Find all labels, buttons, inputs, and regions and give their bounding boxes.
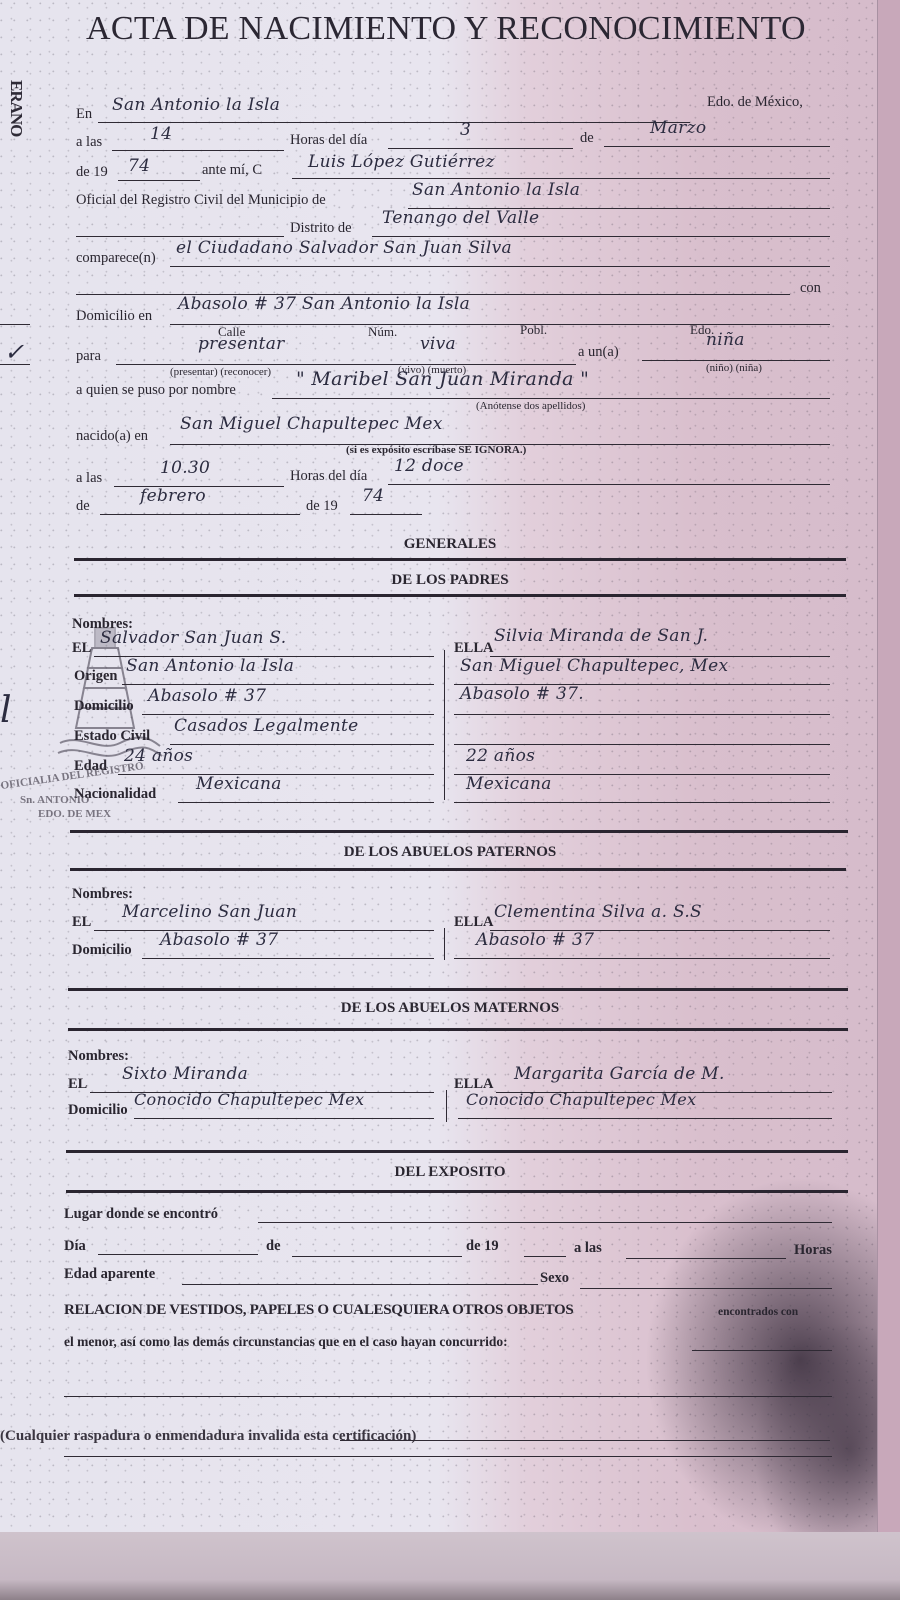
a-las-label: a las bbox=[76, 134, 102, 151]
exposito-horas-label: Horas bbox=[794, 1242, 832, 1259]
padres-domicilio-label: Domicilio bbox=[74, 698, 134, 715]
de-label: de bbox=[580, 130, 594, 147]
domicilio-value: Abasolo # 37 San Antonio la Isla bbox=[178, 294, 470, 314]
madre-origen-value: San Miguel Chapultepec, Mex bbox=[460, 656, 728, 676]
hora-nacimiento-value: 10.30 bbox=[160, 458, 210, 478]
abuelo-paterno-el-label: EL bbox=[72, 914, 91, 931]
padre-nombre-value: Salvador San Juan S. bbox=[100, 628, 286, 648]
madre-edad-value: 22 años bbox=[466, 746, 535, 766]
ante-mi-label: ante mí, C bbox=[202, 162, 262, 179]
exposito-sexo-line bbox=[580, 1288, 832, 1289]
domicilio-line bbox=[170, 324, 830, 325]
hora-registro-value: 14 bbox=[150, 124, 172, 144]
seal-fragment: ERANO bbox=[6, 80, 26, 136]
estado-civil-label: Estado Civil bbox=[74, 728, 150, 745]
madre-ella-label: ELLA bbox=[454, 640, 494, 657]
section-abuelos-paternos: DE LOS ABUELOS PATERNOS bbox=[70, 844, 830, 861]
nac-hora-label: a las bbox=[76, 470, 102, 487]
mes-nacimiento-value: febrero bbox=[140, 486, 206, 506]
exposito-dia-label: Día bbox=[64, 1238, 86, 1255]
madre-nacionalidad-value: Mexicana bbox=[466, 774, 552, 794]
margin-mark: l bbox=[0, 690, 12, 731]
relacion-continuation-line bbox=[64, 1396, 832, 1397]
pobl-hint: Pobl. bbox=[520, 322, 547, 338]
en-line bbox=[98, 122, 690, 123]
relacion-line bbox=[692, 1350, 832, 1351]
exposito-dia-line bbox=[98, 1254, 258, 1255]
column-divider bbox=[444, 650, 445, 800]
maternos-nombres-label: Nombres: bbox=[68, 1048, 129, 1065]
abuelo-paterno-nombre-value: Marcelino San Juan bbox=[122, 902, 297, 922]
relacion-label: RELACION DE VESTIDOS, PAPELES O CUALESQU… bbox=[64, 1302, 573, 1319]
distrito-label: Distrito de bbox=[290, 220, 352, 237]
edad-aparente-line bbox=[182, 1284, 538, 1285]
oficial-value: Luis López Gutiérrez bbox=[308, 152, 495, 172]
margin-line bbox=[0, 324, 30, 325]
con-label: con bbox=[800, 280, 821, 297]
lugar-encontro-label: Lugar donde se encontró bbox=[64, 1206, 218, 1223]
distrito-value: Tenango del Valle bbox=[382, 208, 539, 228]
padre-estado-civil-value: Casados Legalmente bbox=[174, 716, 358, 736]
dia-line bbox=[388, 148, 573, 149]
madre-domicilio-line bbox=[454, 714, 830, 715]
para-label: para bbox=[76, 348, 101, 365]
abuela-materna-nombre-value: Margarita García de M. bbox=[514, 1064, 725, 1084]
section-exposito: DEL EXPOSITO bbox=[70, 1164, 830, 1181]
padre-nacionalidad-line bbox=[178, 802, 434, 803]
nac-mes-label: de bbox=[76, 498, 90, 515]
nino-hint: (niño) (niña) bbox=[706, 362, 762, 374]
en-label: En bbox=[76, 106, 92, 123]
distrito-prefix-line bbox=[76, 236, 284, 237]
divider bbox=[70, 868, 846, 871]
oficial-label: Oficial del Registro Civil del Municipio… bbox=[76, 192, 326, 209]
padre-domicilio-value: Abasolo # 37 bbox=[148, 686, 266, 706]
abuelo-paterno-domicilio-value: Abasolo # 37 bbox=[160, 930, 278, 950]
abuela-paterna-ella-label: ELLA bbox=[454, 914, 494, 931]
footer-line bbox=[340, 1440, 830, 1441]
abuelo-materno-domicilio-line bbox=[134, 1118, 434, 1119]
background-surface bbox=[0, 1532, 900, 1600]
a-un-line bbox=[642, 360, 830, 361]
abuelo-materno-domicilio-value: Conocido Chapultepec Mex bbox=[134, 1090, 364, 1109]
presentar-hint: (presentar) (reconocer) bbox=[170, 366, 271, 378]
comparece-line bbox=[170, 266, 830, 267]
abuela-paterna-nombre-value: Clementina Silva a. S.S bbox=[494, 902, 702, 922]
a-las-line bbox=[112, 150, 284, 151]
municipio-value: San Antonio la Isla bbox=[412, 180, 580, 200]
relacion-line2: el menor, así como las demás circunstanc… bbox=[64, 1334, 508, 1350]
abuela-paterna-domicilio-value: Abasolo # 37 bbox=[476, 930, 594, 950]
exposito-sexo-label: Sexo bbox=[540, 1270, 569, 1287]
anio-line bbox=[118, 180, 200, 181]
exposito-mes-line bbox=[292, 1256, 462, 1257]
anio-registro-value: 74 bbox=[128, 156, 150, 176]
column-divider bbox=[444, 928, 445, 960]
anio-nacimiento-value: 74 bbox=[362, 486, 384, 506]
madre-estado-civil-line bbox=[454, 744, 830, 745]
nac-dia-label: Horas del día bbox=[290, 468, 367, 485]
nombre-registrado-value: " Maribel San Juan Miranda " bbox=[296, 368, 589, 390]
sexo-nino-value: niña bbox=[706, 330, 745, 350]
abuela-materna-domicilio-value: Conocido Chapultepec Mex bbox=[466, 1090, 696, 1109]
a-un-label: a un(a) bbox=[578, 344, 619, 361]
padre-origen-line bbox=[122, 684, 434, 685]
padre-domicilio-line bbox=[142, 714, 434, 715]
comparece-value: el Ciudadano Salvador San Juan Silva bbox=[176, 238, 512, 258]
nac-mes-line bbox=[100, 514, 300, 515]
madre-nombre-value: Silvia Miranda de San J. bbox=[494, 626, 708, 646]
abuelo-paterno-domicilio-line bbox=[142, 958, 434, 959]
footer-warning: (Cualquier raspadura o enmendadura inval… bbox=[0, 1428, 416, 1445]
nombre-line bbox=[272, 398, 830, 399]
background-edge bbox=[878, 0, 900, 1532]
lugar-registro-value: San Antonio la Isla bbox=[112, 95, 280, 115]
divider bbox=[66, 1150, 848, 1153]
nac-anio-line bbox=[350, 514, 422, 515]
exposito-hora-line bbox=[626, 1258, 786, 1259]
divider bbox=[70, 830, 848, 833]
abuelo-materno-el-label: EL bbox=[68, 1076, 87, 1093]
divider bbox=[68, 988, 848, 991]
section-abuelos-maternos: DE LOS ABUELOS MATERNOS bbox=[70, 1000, 830, 1017]
abuelo-materno-nombre-value: Sixto Miranda bbox=[122, 1064, 248, 1084]
exposito-anio-label: de 19 bbox=[466, 1238, 499, 1255]
paternos-domicilio-label: Domicilio bbox=[72, 942, 132, 959]
abuela-materna-domicilio-line bbox=[458, 1118, 832, 1119]
maternos-domicilio-label: Domicilio bbox=[68, 1102, 128, 1119]
divider bbox=[74, 558, 846, 561]
padre-nacionalidad-value: Mexicana bbox=[196, 774, 282, 794]
divider bbox=[68, 1028, 848, 1031]
lugar-nacimiento-value: San Miguel Chapultepec Mex bbox=[180, 414, 443, 434]
footer-line bbox=[64, 1456, 832, 1457]
padre-el-label: EL bbox=[72, 640, 91, 657]
mes-line bbox=[604, 146, 830, 147]
oficial-line bbox=[292, 178, 830, 179]
lugar-encontro-line bbox=[258, 1222, 832, 1223]
divider bbox=[66, 1190, 848, 1193]
domicilio-label: Domicilio en bbox=[76, 308, 152, 325]
vivo-value: viva bbox=[420, 334, 456, 354]
divider bbox=[74, 594, 846, 597]
dia-nacimiento-value: 12 doce bbox=[394, 456, 464, 476]
nombre-label: a quien se puso por nombre bbox=[76, 382, 236, 399]
anio-label: de 19 bbox=[76, 164, 108, 181]
relacion-suffix: encontrados con bbox=[718, 1306, 798, 1318]
margin-check-mark: ✓ bbox=[4, 338, 24, 366]
horas-del-dia-label: Horas del día bbox=[290, 132, 367, 149]
stamp-text-line3: EDO. DE MEX bbox=[38, 808, 111, 820]
madre-nacionalidad-line bbox=[454, 802, 830, 803]
exposito-anio-line bbox=[524, 1256, 566, 1257]
madre-domicilio-value: Abasolo # 37. bbox=[460, 684, 584, 704]
column-divider bbox=[446, 1090, 447, 1122]
exposito-de-label: de bbox=[266, 1238, 281, 1255]
exposito-hint: (si es expósito escríbase SE IGNORA.) bbox=[346, 444, 526, 456]
padre-origen-value: San Antonio la Isla bbox=[126, 656, 294, 676]
paternos-nombres-label: Nombres: bbox=[72, 886, 133, 903]
para-value: presentar bbox=[198, 334, 285, 354]
nac-anio-label: de 19 bbox=[306, 498, 338, 515]
edad-aparente-label: Edad aparente bbox=[64, 1266, 155, 1283]
mes-registro-value: Marzo bbox=[650, 118, 706, 138]
section-padres: DE LOS PADRES bbox=[70, 572, 830, 589]
apellidos-hint: (Anótense dos apellidos) bbox=[476, 400, 585, 412]
dia-registro-value: 3 bbox=[460, 120, 471, 140]
document-title: ACTA DE NACIMIENTO Y RECONOCIMIENTO bbox=[86, 10, 846, 48]
abuela-paterna-domicilio-line bbox=[454, 958, 830, 959]
padre-estado-civil-line bbox=[170, 744, 434, 745]
para-line bbox=[116, 364, 576, 365]
stamp-text-line2: Sn. ANTONIO bbox=[20, 794, 90, 806]
comparece-label: comparece(n) bbox=[76, 250, 156, 267]
distrito-line bbox=[372, 236, 830, 237]
num-hint: Núm. bbox=[368, 324, 397, 340]
exposito-a-las-label: a las bbox=[574, 1240, 602, 1257]
section-generales: GENERALES bbox=[70, 536, 830, 553]
origen-label: Origen bbox=[74, 668, 118, 685]
nacido-label: nacido(a) en bbox=[76, 428, 148, 445]
nac-dia-line bbox=[388, 484, 830, 485]
estado-label: Edo. de México, bbox=[707, 94, 803, 111]
